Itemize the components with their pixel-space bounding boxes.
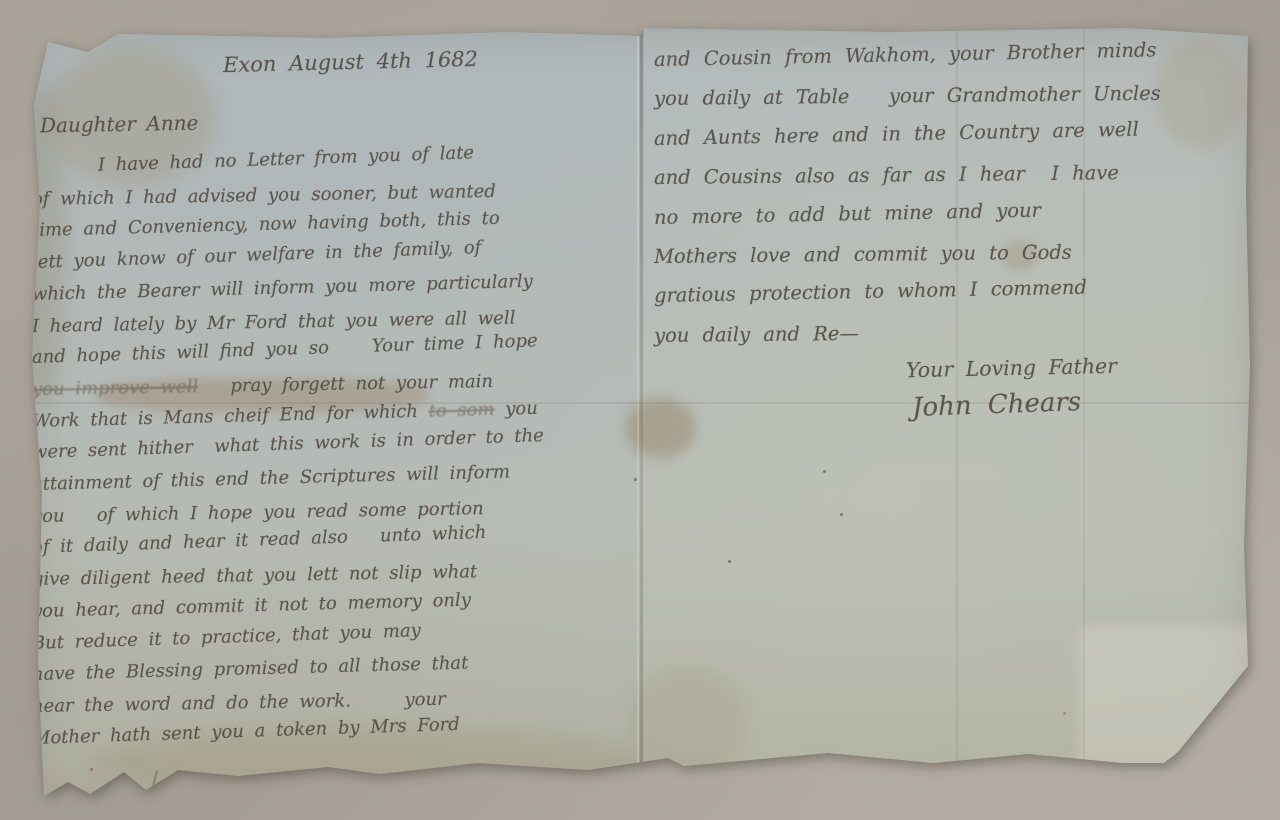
letter-text: gratious protection to whom I commend — [654, 276, 1087, 307]
letter-text: and Cousins also as far as I hear I have — [654, 161, 1119, 189]
letter-line: you daily and Re— — [654, 310, 1250, 356]
letter-text: you daily at Table your Grandmother Uncl… — [654, 82, 1161, 110]
letter-text: and Cousin from Wakhom, your Brother min… — [654, 38, 1157, 71]
letter-line: and Cousin from Wakhom, your Brother min… — [654, 29, 1251, 80]
letter-signature: John Chears — [912, 387, 1082, 423]
letter-text: you daily and Re— — [654, 322, 859, 347]
letter-text: and Aunts here and in the Country are we… — [654, 118, 1139, 150]
letter-paper: Exon August 4th 1682 Daughter Anne I hav… — [28, 26, 1254, 806]
letter-text: no more to add but mine and your — [654, 198, 1041, 228]
letter-text: Mothers love and commit you to Gods — [654, 241, 1072, 268]
letter-body-right: and Cousin from Wakhom, your Brother min… — [654, 40, 1250, 355]
letter-right-page: and Cousin from Wakhom, your Brother min… — [28, 26, 1254, 806]
letter-signoff: Your Loving Father — [906, 354, 1117, 382]
